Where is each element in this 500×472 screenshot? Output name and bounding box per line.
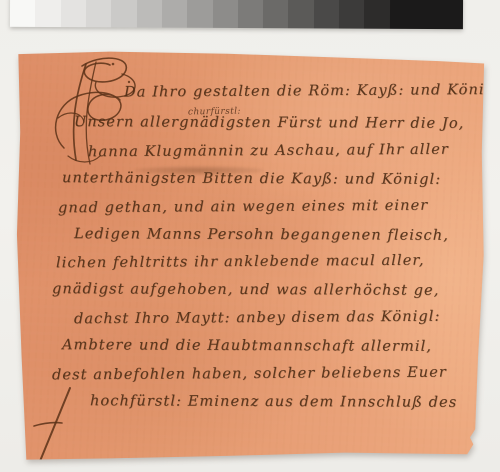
gray-step [390, 0, 464, 29]
gray-step [212, 0, 237, 28]
gray-step [314, 0, 339, 29]
manuscript-line: dachst Ihro Maytt: anbey disem das König… [74, 310, 441, 327]
manuscript-line: unterthänigsten Bitten die Kayß: und Kön… [62, 171, 441, 187]
manuscript-paper: churfürstl: Da Ihro gestalten die Röm: K… [16, 50, 486, 460]
gray-step [238, 0, 263, 28]
grayscale-steps [10, 0, 463, 29]
gray-step [61, 0, 86, 27]
gray-step [339, 0, 364, 29]
paper-surface: churfürstl: Da Ihro gestalten die Röm: K… [16, 50, 486, 460]
gray-step [364, 0, 389, 29]
gray-step [263, 0, 288, 28]
gray-step [10, 0, 35, 27]
manuscript-line: hochfürstl: Eminenz aus dem Innschluß de… [90, 394, 457, 410]
manuscript-line: Da Ihro gestalten die Röm: Kayß: und Kön… [124, 82, 486, 100]
manuscript-line: hanna Klugmännin zu Aschau, auf Ihr alle… [88, 143, 449, 160]
manuscript-line: lichen fehltritts ihr anklebende macul a… [56, 254, 425, 271]
gray-step [288, 0, 313, 28]
pen-slash-mark [26, 386, 90, 460]
gray-step [35, 0, 60, 27]
gray-step [136, 0, 161, 28]
gray-step [187, 0, 212, 28]
manuscript-line: gnädigst aufgehoben, und was allerhöchst… [52, 282, 439, 298]
manuscript-line: gnad gethan, und ain wegen eines mit ein… [58, 199, 428, 216]
manuscript-line: dest anbefohlen haben, solcher beliebens… [52, 366, 447, 383]
photo-of-manuscript: churfürstl: Da Ihro gestalten die Röm: K… [0, 0, 500, 472]
gray-step [111, 0, 136, 27]
gray-step [162, 0, 187, 28]
grayscale-calibration-bar [10, 0, 463, 29]
manuscript-line: Ledigen Manns Persohn begangenen fleisch… [74, 227, 449, 243]
manuscript-line: Unsern allergnädigsten Fürst und Herr di… [74, 115, 464, 131]
manuscript-line: Ambtere und die Haubtmannschaft allermil… [62, 338, 432, 354]
gray-step [86, 0, 111, 27]
